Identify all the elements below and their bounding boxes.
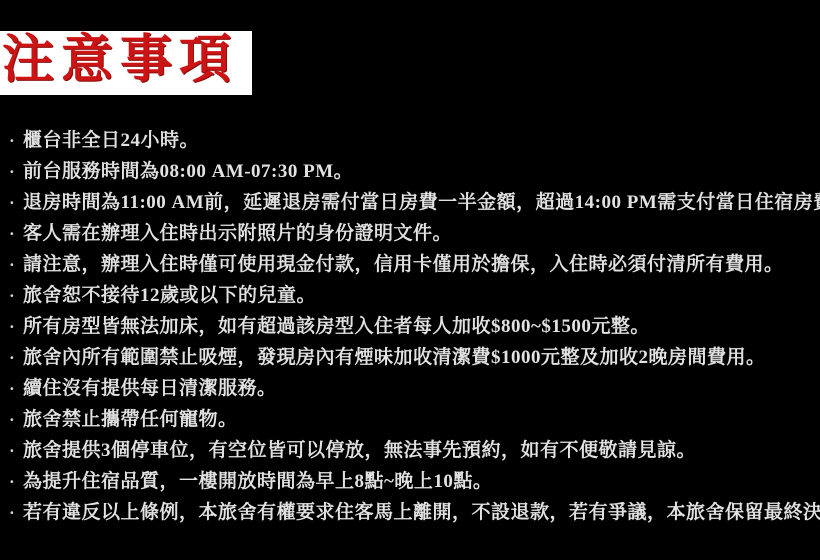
- bullet-dot-icon: ·: [9, 435, 23, 466]
- notice-item: · 若有違反以上條例，本旅舍有權要求住客馬上離開，不設退款，若有爭議，本旅舍保留…: [9, 497, 820, 528]
- notice-item: · 退房時間為11:00 AM前，延遲退房需付當日房費一半金額，超過14:00 …: [9, 187, 820, 218]
- bullet-dot-icon: ·: [9, 156, 23, 187]
- bullet-dot-icon: ·: [9, 497, 23, 528]
- bullet-dot-icon: ·: [9, 373, 23, 404]
- bullet-dot-icon: ·: [9, 187, 23, 218]
- notice-item: · 所有房型皆無法加床，如有超過該房型入住者每人加收$800~$1500元整。: [9, 311, 820, 342]
- notice-text: 前台服務時間為08:00 AM-07:30 PM。: [23, 156, 353, 187]
- bullet-dot-icon: ·: [9, 311, 23, 342]
- notice-text: 旅舍提供3個停車位，有空位皆可以停放，無法事先預約，如有不便敬請見諒。: [23, 435, 696, 466]
- notice-text: 續住沒有提供每日清潔服務。: [23, 373, 277, 404]
- notice-item: · 旅舍內所有範圍禁止吸煙，發現房內有煙味加收清潔費$1000元整及加收2晚房間…: [9, 342, 820, 373]
- bullet-dot-icon: ·: [9, 218, 23, 249]
- notice-text: 旅舍內所有範圍禁止吸煙，發現房內有煙味加收清潔費$1000元整及加收2晚房間費用…: [23, 342, 766, 373]
- bullet-dot-icon: ·: [9, 466, 23, 497]
- bullet-dot-icon: ·: [9, 280, 23, 311]
- notice-item: · 櫃台非全日24小時。: [9, 125, 820, 156]
- notice-text: 請注意，辦理入住時僅可使用現金付款，信用卡僅用於擔保，入住時必須付清所有費用。: [23, 249, 784, 280]
- notice-page: 注意事項 · 櫃台非全日24小時。 · 前台服務時間為08:00 AM-07:3…: [0, 0, 820, 560]
- notice-item: · 旅舍提供3個停車位，有空位皆可以停放，無法事先預約，如有不便敬請見諒。: [9, 435, 820, 466]
- bullet-dot-icon: ·: [9, 404, 23, 435]
- notice-text: 所有房型皆無法加床，如有超過該房型入住者每人加收$800~$1500元整。: [23, 311, 650, 342]
- notice-item: · 為提升住宿品質，一樓開放時間為早上8點~晚上10點。: [9, 466, 820, 497]
- notice-item: · 旅舍恕不接待12歲或以下的兒童。: [9, 280, 820, 311]
- notice-text: 客人需在辦理入住時出示附照片的身份證明文件。: [23, 218, 452, 249]
- bullet-dot-icon: ·: [9, 342, 23, 373]
- notice-item: · 請注意，辦理入住時僅可使用現金付款，信用卡僅用於擔保，入住時必須付清所有費用…: [9, 249, 820, 280]
- notice-item: · 前台服務時間為08:00 AM-07:30 PM。: [9, 156, 820, 187]
- notice-item: · 旅舍禁止攜帶任何寵物。: [9, 404, 820, 435]
- bullet-dot-icon: ·: [9, 125, 23, 156]
- notice-text: 旅舍禁止攜帶任何寵物。: [23, 404, 238, 435]
- notice-text: 若有違反以上條例，本旅舍有權要求住客馬上離開，不設退款，若有爭議，本旅舍保留最終…: [23, 497, 820, 528]
- bullet-dot-icon: ·: [9, 249, 23, 280]
- notice-text: 為提升住宿品質，一樓開放時間為早上8點~晚上10點。: [23, 466, 492, 497]
- notice-text: 退房時間為11:00 AM前，延遲退房需付當日房費一半金額，超過14:00 PM…: [23, 187, 820, 218]
- notice-text: 旅舍恕不接待12歲或以下的兒童。: [23, 280, 316, 311]
- notice-item: · 續住沒有提供每日清潔服務。: [9, 373, 820, 404]
- title-box: 注意事項: [0, 31, 252, 95]
- page-title: 注意事項: [2, 32, 238, 89]
- notice-text: 櫃台非全日24小時。: [23, 125, 199, 156]
- notice-list: · 櫃台非全日24小時。 · 前台服務時間為08:00 AM-07:30 PM。…: [0, 125, 820, 528]
- notice-item: · 客人需在辦理入住時出示附照片的身份證明文件。: [9, 218, 820, 249]
